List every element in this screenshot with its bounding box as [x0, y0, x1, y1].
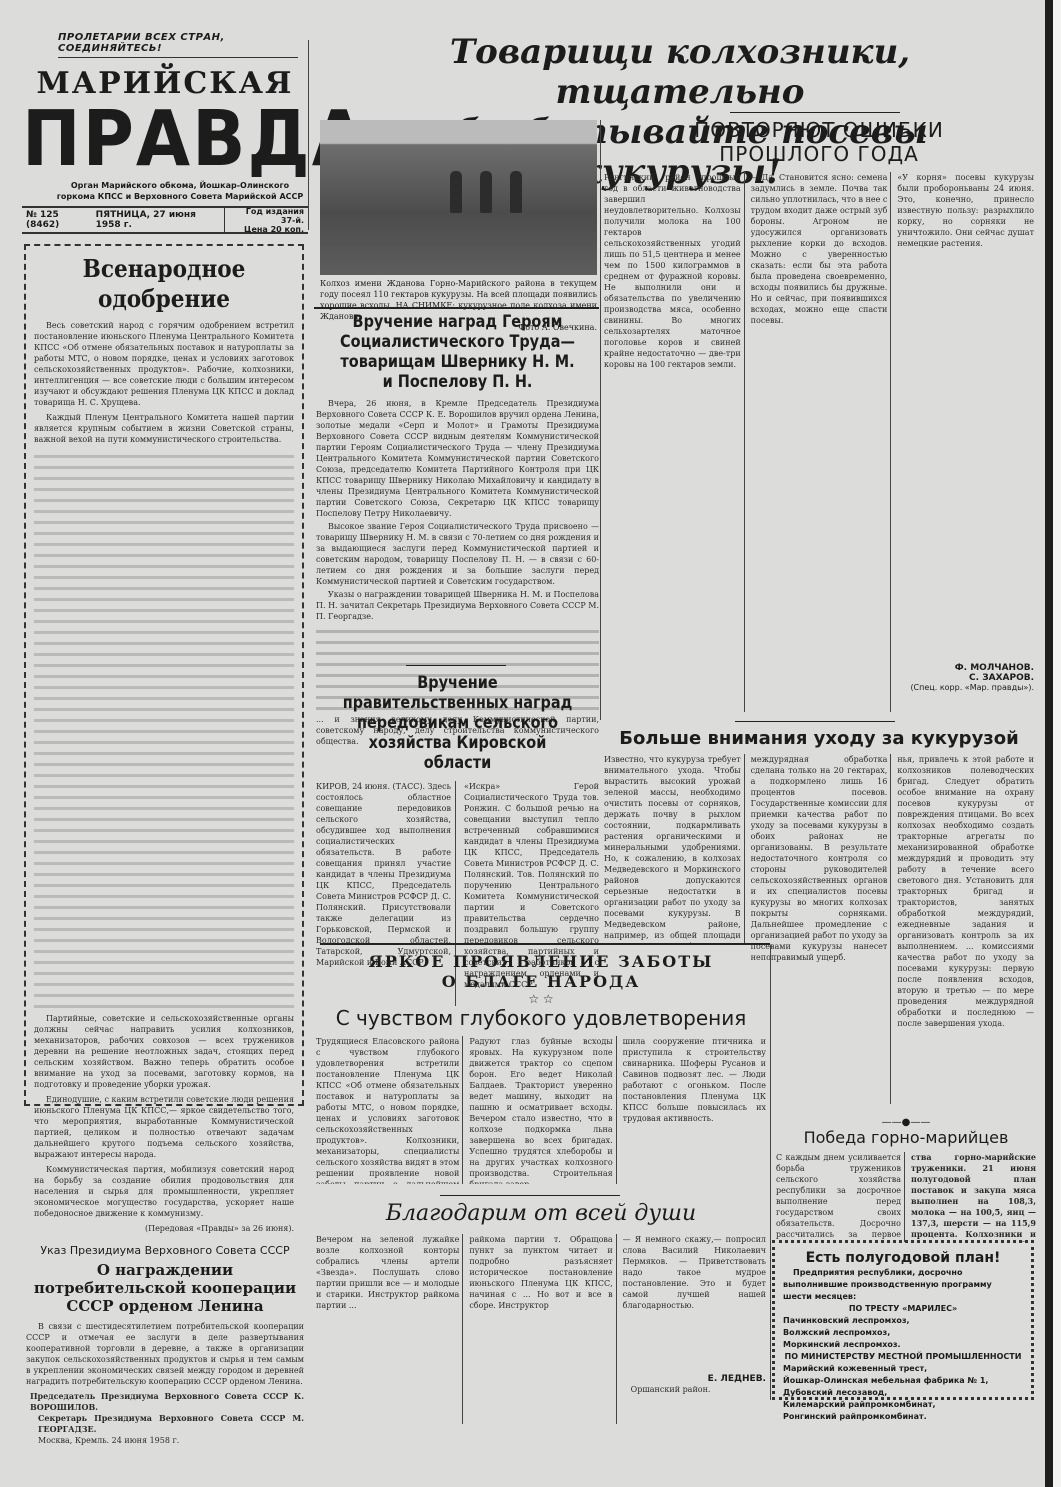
signature-molchanov: Ф. МОЛЧАНОВ.	[894, 663, 1034, 673]
decree-place-date: Москва, Кремль. 24 июня 1958 г.	[26, 1435, 304, 1446]
newspaper-page: ПРОЛЕТАРИИ ВСЕХ СТРАН, СОЕДИНЯЙТЕСЬ! МАР…	[0, 0, 1045, 1487]
photo-figure	[450, 171, 462, 213]
bright-care-col1: Трудящиеся Еласовского района с чувством…	[316, 1036, 463, 1184]
plan-group1-item: Волжский леспромхоз,	[783, 1327, 1023, 1339]
rubric-line2: О БЛАГЕ НАРОДА	[316, 972, 766, 992]
ornament-divider-icon: ——●——	[776, 1117, 1036, 1128]
issue-year: Год издания 37-й.	[229, 207, 304, 225]
page-edge	[1045, 0, 1061, 1487]
masthead-title-line2: ПРАВДА	[22, 100, 308, 177]
plan-group2-title: ПО МИНИСТЕРСТВУ МЕСТНОЙ ПРОМЫШЛЕННОСТИ	[783, 1351, 1023, 1363]
decree: Указ Президиума Верховного Совета СССР О…	[26, 1244, 304, 1446]
repeat-errors-columns: Ронгинский район прошлый год в области ж…	[604, 172, 1034, 712]
repeat-errors-title-line2: ПРОШЛОГО ГОДА	[604, 142, 1034, 166]
column-divider	[770, 945, 771, 1400]
half-year-plan-intro: Предприятия республики, досрочно выполни…	[783, 1267, 1023, 1303]
cornfield-photo	[320, 120, 597, 275]
repeat-errors-signatures: Ф. МОЛЧАНОВ. С. ЗАХАРОВ. (Спец. корр. «М…	[894, 663, 1034, 692]
plan-group2-item: Йошкар-Олинская мебельная фабрика № 1,	[783, 1375, 1023, 1387]
plan-group2-item: Ронгинский райпромкомбинат.	[783, 1411, 1023, 1423]
editorial-source: (Передовая «Правды» за 26 июня).	[34, 1223, 294, 1234]
decree-title: О награждении потребительской кооперации…	[26, 1261, 304, 1315]
column-divider	[600, 120, 601, 720]
issue-price: Цена 20 коп.	[229, 225, 304, 234]
section-rule	[320, 943, 770, 945]
more-attention-col3: нья, привлечь к этой работе и колхознико…	[897, 754, 1034, 1104]
repeat-errors-col1: Ронгинский район прошлый год в области ж…	[604, 172, 745, 712]
victory-col1: С каждым днем усиливается борьба тружени…	[776, 1152, 905, 1242]
decree-signature-1: Председатель Президиума Верховного Совет…	[26, 1391, 304, 1413]
masthead-divider	[308, 40, 309, 230]
issue-number: № 125 (8462)	[22, 210, 92, 230]
awards-heroes-title: Вручение наград Героям Социалистического…	[337, 312, 578, 392]
thanks-place: Оршанский район.	[623, 1384, 766, 1395]
decree-signature-2: Секретарь Президиума Верховного Совета С…	[26, 1413, 304, 1435]
half-year-plan-title: Есть полугодовой план!	[783, 1249, 1023, 1267]
editorial-paragraph: Партийные, советские и сельскохозяйствен…	[34, 1013, 294, 1090]
slogan-line1: Товарищи колхозники, тщательно	[330, 32, 1030, 112]
masthead-motto: ПРОЛЕТАРИИ ВСЕХ СТРАН, СОЕДИНЯЙТЕСЬ!	[58, 32, 298, 58]
decree-kicker: Указ Президиума Верховного Совета СССР	[26, 1244, 304, 1257]
victory-col2: ства горно-марийские труженики. 21 июня …	[911, 1152, 1036, 1242]
thanks-col3: — Я немного скажу,— попросил слова Васил…	[623, 1234, 766, 1374]
signature-zakharov: С. ЗАХАРОВ.	[894, 673, 1034, 683]
issue-year-price: Год издания 37-й. Цена 20 коп.	[224, 207, 308, 234]
article-rule	[406, 665, 506, 666]
bright-care-title: С чувством глубокого удовлетворения	[316, 1006, 766, 1030]
editorial-box: Всенародное одобрение Весь советский нар…	[24, 244, 304, 1106]
bright-care-col2: Радуют глаз буйные всходы яровых. На кук…	[469, 1036, 616, 1184]
masthead-organ: Орган Марийского обкома, Йошкар-Олинског…	[55, 180, 305, 202]
editorial-paragraph: Каждый Пленум Центрального Комитета наше…	[34, 412, 294, 445]
plan-group1-title: ПО ТРЕСТУ «МАРИЛЕС»	[783, 1303, 1023, 1315]
thanks-signature: Е. ЛЕДНЕВ.	[623, 1374, 766, 1384]
bright-care-rubric: ЯРКОЕ ПРОЯВЛЕНИЕ ЗАБОТЫ О БЛАГЕ НАРОДА	[316, 952, 766, 992]
plan-group2-item: Дубовский лесозавод,	[783, 1387, 1023, 1399]
editorial-paragraph: Коммунистическая партия, мобилизуя совет…	[34, 1164, 294, 1219]
section-rule	[314, 307, 599, 309]
thanks-columns: Вечером на зеленой лужайке возле колхозн…	[316, 1234, 766, 1424]
more-attention-col1: Известно, что кукуруза требует вниматель…	[604, 754, 745, 944]
plan-group1-item: Моркинский леспромхоз.	[783, 1339, 1023, 1351]
signature-note: (Спец. корр. «Мар. правды»).	[894, 683, 1034, 692]
plan-group2-item: Марийский кожевенный трест,	[783, 1363, 1023, 1375]
article-rule	[440, 1195, 620, 1196]
repeat-errors-title-line1: ПОВТОРЯЮТ ОШИБКИ	[604, 118, 1034, 142]
photo-figure	[480, 171, 492, 213]
editorial-paragraph: Единодушие, с каким встретили советские …	[34, 1094, 294, 1160]
issue-bar: № 125 (8462) ПЯТНИЦА, 27 июня 1958 г. Го…	[22, 206, 308, 234]
awards-heroes-paragraph: Вчера, 26 июня, в Кремле Председатель Пр…	[316, 398, 599, 519]
half-year-plan-box: Есть полугодовой план! Предприятия респу…	[772, 1240, 1034, 1400]
repeat-errors-article: ПОВТОРЯЮТ ОШИБКИ ПРОШЛОГО ГОДА Ронгински…	[604, 118, 1034, 712]
article-rule	[735, 721, 895, 722]
bright-care-article: ЯРКОЕ ПРОЯВЛЕНИЕ ЗАБОТЫ О БЛАГЕ НАРОДА ☆…	[316, 952, 766, 1184]
slogan-rule	[730, 112, 900, 113]
awards-heroes-paragraph: Указы о награждении товарищей Шверника Н…	[316, 589, 599, 622]
victory-article: ——●—— Победа горно-марийцев С каждым дне…	[776, 1117, 1036, 1242]
victory-title: Победа горно-марийцев	[776, 1128, 1036, 1148]
plan-group1-item: Пачинковский леспромхоз,	[783, 1315, 1023, 1327]
photo-figure	[510, 171, 522, 213]
bright-care-columns: Трудящиеся Еласовского района с чувством…	[316, 1036, 766, 1184]
repeat-errors-title: ПОВТОРЯЮТ ОШИБКИ ПРОШЛОГО ГОДА	[604, 118, 1034, 166]
plan-group2-item: Килемарский райпромкомбинат,	[783, 1399, 1023, 1411]
star-icons: ☆ ☆	[316, 992, 766, 1006]
decree-text: В связи с шестидесятилетием потребительс…	[26, 1321, 304, 1387]
repeat-errors-col3: «У корня» посевы кукурузы были проборонь…	[897, 172, 1034, 642]
awards-heroes-paragraph: Высокое звание Героя Социалистического Т…	[316, 521, 599, 587]
editorial-paragraph: Весь советский народ с горячим одобрение…	[34, 320, 294, 408]
editorial-title: Всенародное одобрение	[47, 254, 281, 314]
thanks-title: Благодарим от всей души	[316, 1200, 766, 1228]
more-attention-title: Больше внимания уходу за кукурузой	[604, 728, 1034, 750]
editorial-text-block	[34, 449, 294, 1009]
editorial-body: Весь советский народ с горячим одобрение…	[34, 320, 294, 1234]
thanks-col2: райкома партии т. Обращова пункт за пунк…	[469, 1234, 616, 1424]
issue-date: ПЯТНИЦА, 27 июня 1958 г.	[92, 210, 224, 230]
repeat-errors-col2: — Да. Становится ясно: семена задумлись …	[751, 172, 892, 712]
thanks-article: Благодарим от всей души Вечером на зелен…	[316, 1200, 766, 1424]
rubric-line1: ЯРКОЕ ПРОЯВЛЕНИЕ ЗАБОТЫ	[316, 952, 766, 972]
thanks-col1: Вечером на зеленой лужайке возле колхозн…	[316, 1234, 463, 1424]
victory-columns: С каждым днем усиливается борьба тружени…	[776, 1152, 1036, 1242]
thanks-col3-wrap: — Я немного скажу,— попросил слова Васил…	[623, 1234, 766, 1424]
awards-kirov-title: Вручение правительственных наград передо…	[337, 673, 578, 773]
bright-care-col3: шила сооружение птичника и приступила к …	[623, 1036, 766, 1184]
more-attention-col2: междурядная обработка сделана только на …	[751, 754, 892, 1104]
